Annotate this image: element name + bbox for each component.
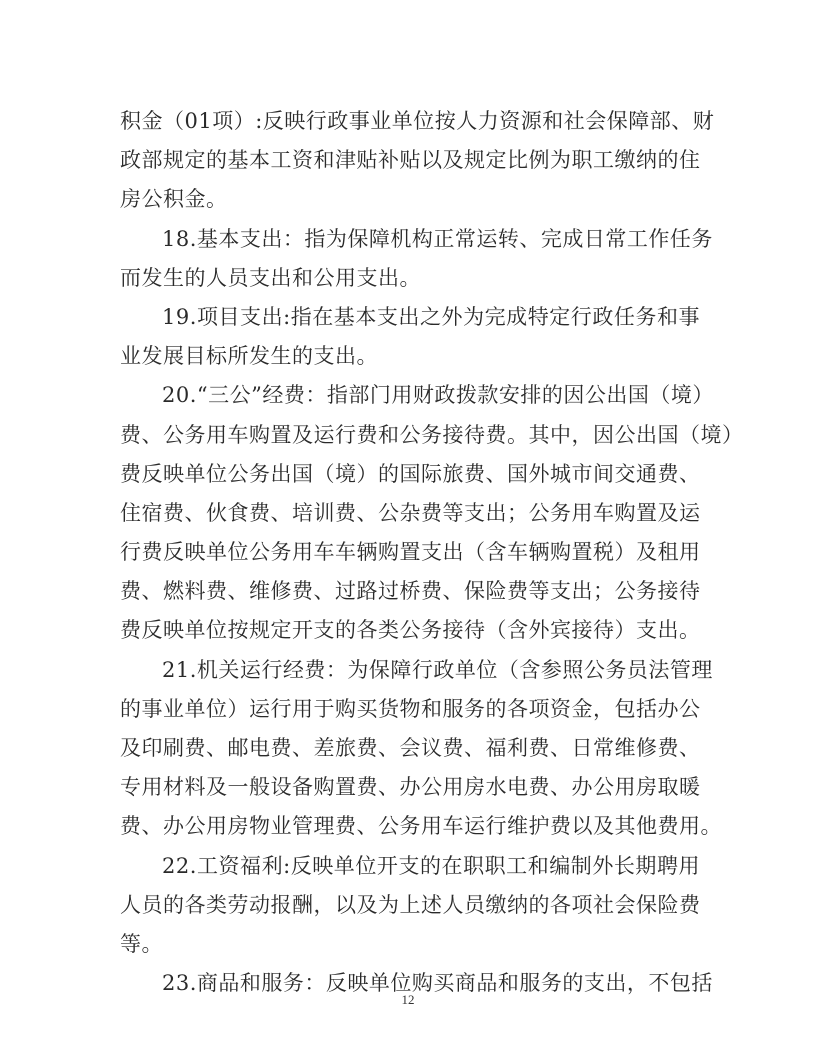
text-line: 业发展目标所发生的支出。 xyxy=(120,337,700,376)
text-line: 等。 xyxy=(120,925,700,964)
item-19-heading: 19.项目支出:指在基本支出之外为完成特定行政任务和事 xyxy=(120,298,700,337)
item-20-heading: 20.“三公”经费：指部门用财政拨款安排的因公出国（境） xyxy=(120,376,700,415)
item-18-heading: 18.基本支出：指为保障机构正常运转、完成日常工作任务 xyxy=(120,220,700,259)
document-page: 积金（01项）:反映行政事业单位按人力资源和社会保障部、财 政部规定的基本工资和… xyxy=(0,0,816,1056)
item-22-heading: 22.工资福利:反映单位开支的在职职工和编制外长期聘用 xyxy=(120,847,700,886)
text-line: 房公积金。 xyxy=(120,180,700,219)
page-number: 12 xyxy=(0,992,816,1008)
text-line: 而发生的人员支出和公用支出。 xyxy=(120,259,700,298)
text-line: 住宿费、伙食费、培训费、公杂费等支出；公务用车购置及运 xyxy=(120,494,700,533)
text-line: 费反映单位按规定开支的各类公务接待（含外宾接待）支出。 xyxy=(120,611,700,650)
body-text: 积金（01项）:反映行政事业单位按人力资源和社会保障部、财 政部规定的基本工资和… xyxy=(120,102,700,1003)
text-line: 的事业单位）运行用于购买货物和服务的各项资金，包括办公 xyxy=(120,690,700,729)
text-line: 行费反映单位公务用车车辆购置支出（含车辆购置税）及租用 xyxy=(120,533,700,572)
text-line: 费反映单位公务出国（境）的国际旅费、国外城市间交通费、 xyxy=(120,455,700,494)
text-line: 费、燃料费、维修费、过路过桥费、保险费等支出；公务接待 xyxy=(120,572,700,611)
text-line: 政部规定的基本工资和津贴补贴以及规定比例为职工缴纳的住 xyxy=(120,141,700,180)
text-line: 费、公务用车购置及运行费和公务接待费。其中，因公出国（境） xyxy=(120,416,700,455)
text-line: 专用材料及一般设备购置费、办公用房水电费、办公用房取暖 xyxy=(120,768,700,807)
text-line: 及印刷费、邮电费、差旅费、会议费、福利费、日常维修费、 xyxy=(120,729,700,768)
text-line: 人员的各类劳动报酬，以及为上述人员缴纳的各项社会保险费 xyxy=(120,886,700,925)
text-line: 费、办公用房物业管理费、公务用车运行维护费以及其他费用。 xyxy=(120,807,700,846)
item-21-heading: 21.机关运行经费：为保障行政单位（含参照公务员法管理 xyxy=(120,651,700,690)
text-line: 积金（01项）:反映行政事业单位按人力资源和社会保障部、财 xyxy=(120,102,700,141)
